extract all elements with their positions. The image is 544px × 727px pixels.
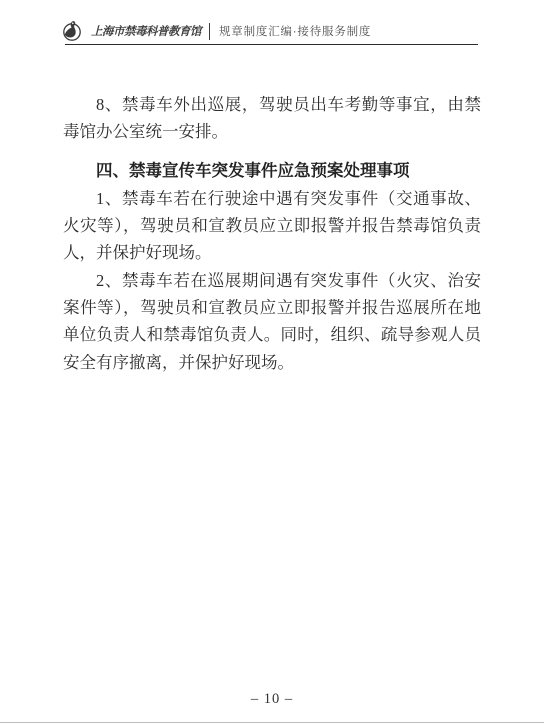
document-body: 8、禁毒车外出巡展，驾驶员出车考勤等事宜，由禁毒馆办公室统一安排。 四、禁毒宣传… xyxy=(63,91,481,376)
page-bottom-edge xyxy=(0,722,544,723)
museum-logo-icon xyxy=(62,20,82,42)
page-header: 上海市禁毒科普教育馆 规章制度汇编·接待服务制度 xyxy=(62,18,371,44)
document-section-title: 规章制度汇编·接待服务制度 xyxy=(219,23,371,39)
document-page: 上海市禁毒科普教育馆 规章制度汇编·接待服务制度 8、禁毒车外出巡展，驾驶员出车… xyxy=(0,0,544,727)
paragraph-8: 8、禁毒车外出巡展，驾驶员出车考勤等事宜，由禁毒馆办公室统一安排。 xyxy=(63,91,481,146)
museum-name: 上海市禁毒科普教育馆 xyxy=(91,23,201,39)
header-rule xyxy=(65,44,478,45)
paragraph-1: 1、禁毒车若在行驶途中遇有突发事件（交通事故、火灾等），驾驶员和宣教员应立即报警… xyxy=(63,185,481,267)
section-heading: 四、禁毒宣传车突发事件应急预案处理事项 xyxy=(63,158,481,185)
paragraph-2: 2、禁毒车若在巡展期间遇有突发事件（火灾、治安案件等），驾驶员和宣教员应立即报警… xyxy=(63,267,481,376)
page-number: – 10 – xyxy=(63,691,481,708)
header-divider xyxy=(209,23,210,40)
